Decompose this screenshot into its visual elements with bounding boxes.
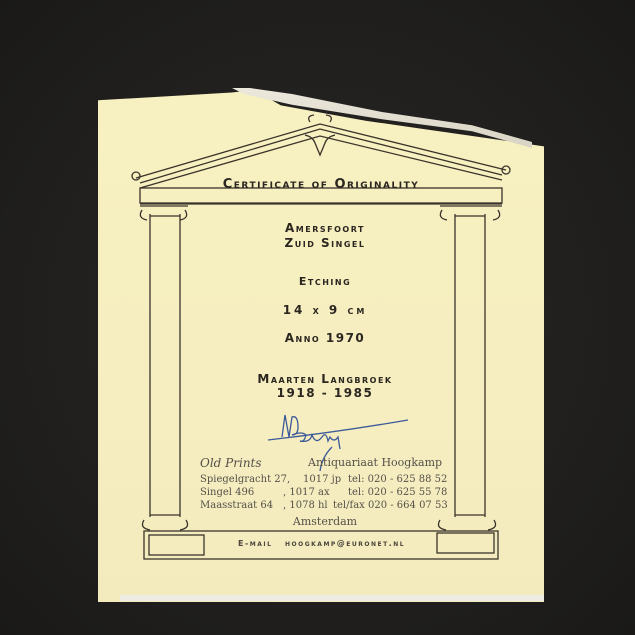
- email-label: E-mail: [238, 539, 272, 548]
- dimensions: 14 x 9 cm: [200, 303, 450, 317]
- artwork-title-line1: Amersfoort: [200, 221, 450, 235]
- address-postcode-2: , 1017 ax: [283, 487, 330, 498]
- address-street-1: Spiegelgracht 27,: [200, 474, 290, 485]
- address-phone-2: tel: 020 - 625 55 78: [348, 487, 447, 498]
- city: Amsterdam: [200, 515, 450, 528]
- artist-name: Maarten Langbroek: [200, 372, 450, 386]
- address-phone-1: tel: 020 - 625 88 52: [348, 474, 447, 485]
- year: Anno 1970: [200, 331, 450, 345]
- dealer-left-label: Old Prints: [200, 456, 262, 470]
- email-address: hoogkamp@euronet.nl: [285, 539, 405, 548]
- artwork-title-line2: Zuid Singel: [200, 236, 450, 250]
- address-phone-3: tel/fax 020 - 664 07 53: [333, 500, 448, 511]
- dealer-right-label: Antiquariaat Hoogkamp: [308, 456, 442, 469]
- address-street-3: Maasstraat 64: [200, 500, 273, 511]
- certificate-title: Certificate of Originality: [140, 177, 502, 192]
- address-postcode-3: , 1078 hl: [283, 500, 328, 511]
- technique: Etching: [200, 275, 450, 288]
- address-postcode-1: 1017 jp: [303, 474, 341, 485]
- artist-years: 1918 - 1985: [200, 386, 450, 400]
- address-street-2: Singel 496: [200, 487, 254, 498]
